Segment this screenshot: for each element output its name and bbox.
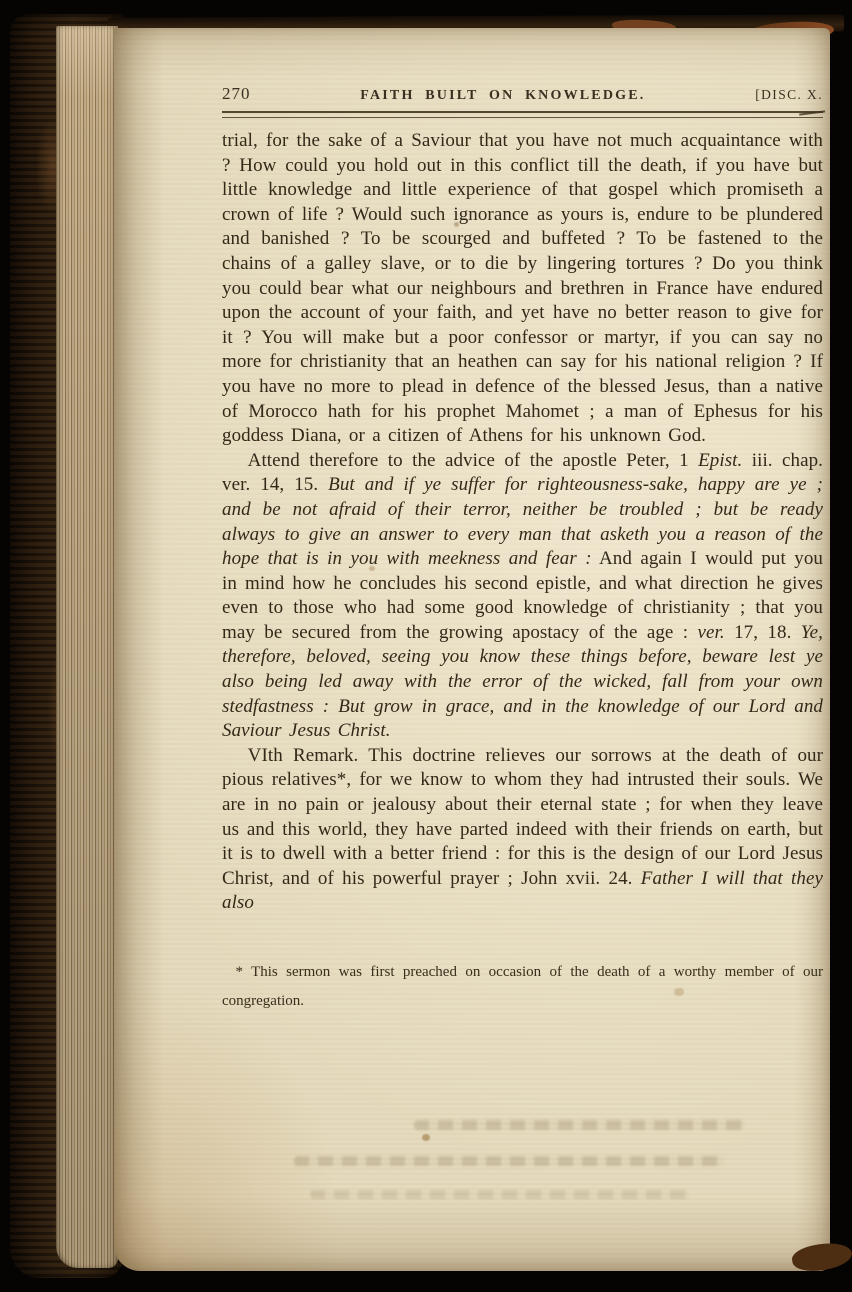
scripture-quote-segment: ver. xyxy=(698,622,725,643)
ink-showthrough xyxy=(294,1156,724,1166)
ink-showthrough xyxy=(310,1190,690,1199)
scripture-quote-segment: Epist. xyxy=(698,450,742,471)
book-page: 270 FAITH BUILT ON KNOWLEDGE. [DISC. X. … xyxy=(114,28,830,1271)
running-title: FAITH BUILT ON KNOWLEDGE. xyxy=(360,88,645,104)
running-header: 270 FAITH BUILT ON KNOWLEDGE. [DISC. X. xyxy=(222,84,823,104)
page-number: 270 xyxy=(222,84,251,104)
paragraph: VIth Remark. This doctrine relieves our … xyxy=(222,744,823,916)
paragraph: trial, for the sake of a Saviour that yo… xyxy=(222,129,823,449)
printed-text-column: 270 FAITH BUILT ON KNOWLEDGE. [DISC. X. … xyxy=(222,84,823,1016)
text-segment: Attend therefore to the advice of the ap… xyxy=(248,450,698,471)
footnote-text: * This sermon was first preached on occa… xyxy=(222,964,823,1009)
paragraph: Attend therefore to the advice of the ap… xyxy=(222,449,823,744)
book-photograph: 270 FAITH BUILT ON KNOWLEDGE. [DISC. X. … xyxy=(0,0,852,1292)
header-double-rule xyxy=(222,111,823,118)
text-segment: 17, 18. xyxy=(725,622,801,643)
page-edges-stack xyxy=(56,26,118,1268)
ink-showthrough xyxy=(414,1120,744,1130)
footnote: * This sermon was first preached on occa… xyxy=(222,958,823,1016)
discourse-label: [DISC. X. xyxy=(755,87,823,103)
foxing-stain xyxy=(422,1134,430,1141)
text-segment: trial, for the sake of a Saviour that yo… xyxy=(222,130,823,446)
page-body: trial, for the sake of a Saviour that yo… xyxy=(222,129,823,916)
